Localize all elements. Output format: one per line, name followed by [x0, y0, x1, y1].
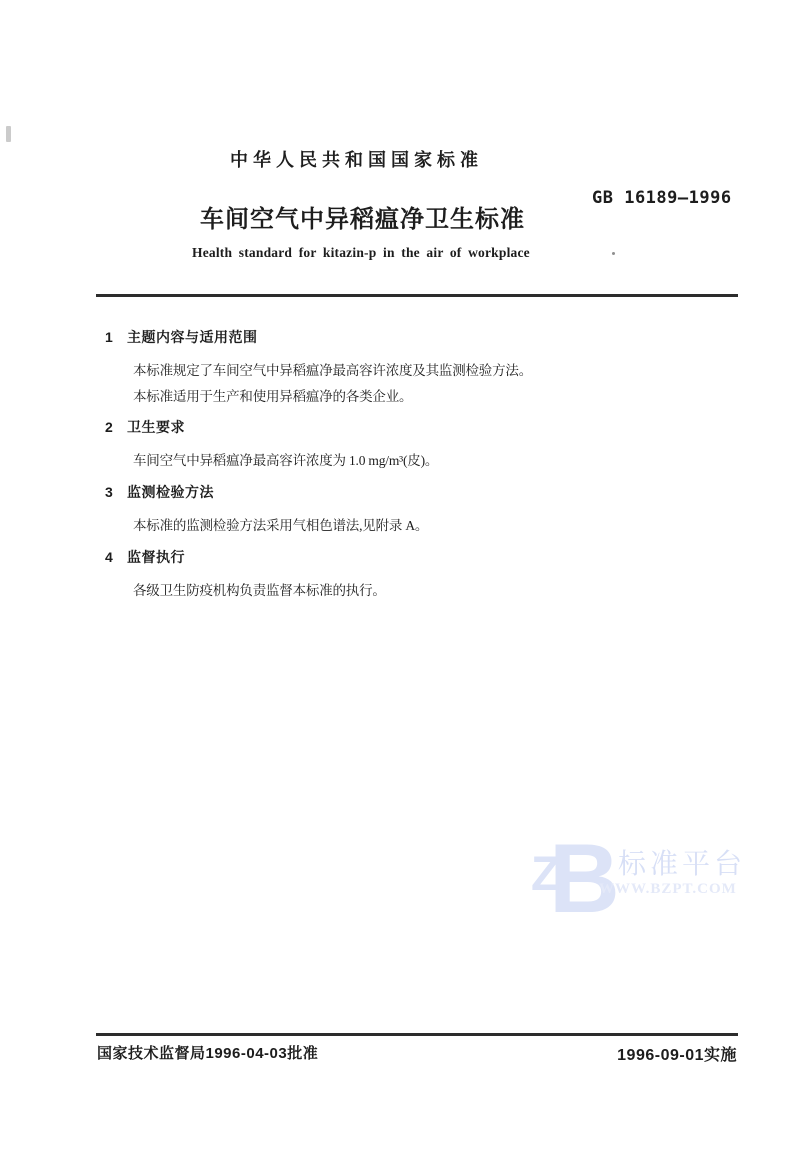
svg-text:Z: Z — [531, 848, 560, 901]
header-divider — [96, 294, 738, 297]
section-number: 1 — [105, 329, 127, 345]
document-page: 中华人民共和国国家标准 GB 16189—1996 车间空气中异稻瘟净卫生标准 … — [0, 0, 800, 1155]
section-4-paragraph-1: 各级卫生防疫机构负责监督本标准的执行。 — [133, 579, 386, 599]
section-2-heading: 2卫生要求 — [105, 417, 185, 437]
scan-artifact-mark — [6, 126, 11, 142]
scan-speck — [612, 252, 615, 255]
standard-code: GB 16189—1996 — [592, 188, 732, 208]
section-title: 监测检验方法 — [127, 484, 214, 500]
section-title: 主题内容与适用范围 — [127, 329, 258, 345]
document-title-en: Health standard for kitazin-p in the air… — [192, 245, 530, 261]
section-4-heading: 4监督执行 — [105, 547, 185, 567]
section-number: 2 — [105, 419, 127, 435]
section-2-paragraph-1: 车间空气中异稻瘟净最高容许浓度为 1.0 mg/m³(皮)。 — [133, 449, 438, 469]
section-1-paragraph-1: 本标准规定了车间空气中异稻瘟净最高容许浓度及其监测检验方法。 — [133, 359, 532, 379]
section-number: 4 — [105, 549, 127, 565]
section-3-paragraph-1: 本标准的监测检验方法采用气相色谱法,见附录 A。 — [133, 514, 428, 534]
watermark-site-url: WWW.BZPT.COM — [599, 881, 737, 898]
document-title-zh: 车间空气中异稻瘟净卫生标准 — [200, 199, 525, 234]
watermark-site-name: 标准平台 — [618, 842, 746, 882]
bzpt-logo-icon: B Z — [525, 830, 625, 920]
section-1-paragraph-2: 本标准适用于生产和使用异稻瘟净的各类企业。 — [133, 385, 412, 405]
section-1-heading: 1主题内容与适用范围 — [105, 327, 258, 347]
footer-implementation-text: 1996-09-01实施 — [617, 1042, 737, 1065]
section-number: 3 — [105, 484, 127, 500]
section-title: 监督执行 — [127, 549, 185, 565]
section-title: 卫生要求 — [127, 419, 185, 435]
footer-approval-text: 国家技术监督局1996-04-03批准 — [97, 1042, 318, 1063]
national-standard-label: 中华人民共和国国家标准 — [230, 146, 483, 172]
footer-divider — [96, 1033, 738, 1036]
section-3-heading: 3监测检验方法 — [105, 482, 214, 502]
